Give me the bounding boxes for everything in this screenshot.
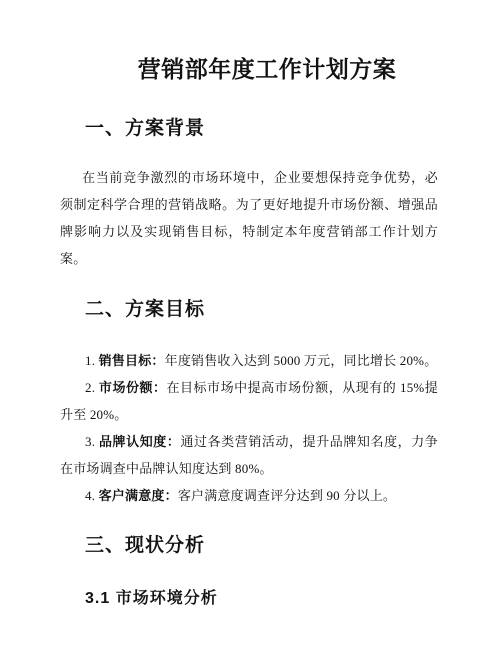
item-label: 销售目标：: [99, 353, 165, 368]
list-item: 2. 市场份额：在目标市场中提高市场份额，从现有的 15%提升至 20%。: [60, 374, 438, 428]
item-text: 年度销售收入达到 5000 万元，同比增长 20%。: [165, 353, 438, 368]
list-item: 1. 销售目标：年度销售收入达到 5000 万元，同比增长 20%。: [60, 347, 438, 374]
item-number: 1.: [85, 353, 99, 368]
page-title: 营销部年度工作计划方案: [60, 0, 438, 84]
subsection-heading-market-environment: 3.1 市场环境分析: [85, 588, 438, 610]
section-heading-background: 一、方案背景: [85, 116, 438, 141]
goal-list: 1. 销售目标：年度销售收入达到 5000 万元，同比增长 20%。 2. 市场…: [60, 347, 438, 509]
item-number: 3.: [85, 434, 99, 449]
item-number: 4.: [85, 488, 99, 503]
item-label: 品牌认知度：: [99, 434, 180, 449]
list-item: 3. 品牌认知度：通过各类营销活动，提升品牌知名度，力争在市场调查中品牌认知度达…: [60, 428, 438, 482]
section-heading-goals: 二、方案目标: [85, 297, 438, 322]
item-number: 2.: [85, 380, 99, 395]
background-paragraph: 在当前竞争激烈的市场环境中，企业要想保持竞争优势，必须制定科学合理的营销战略。为…: [60, 164, 438, 272]
list-item: 4. 客户满意度：客户满意度调查评分达到 90 分以上。: [60, 482, 438, 509]
item-text: 客户满意度调查评分达到 90 分以上。: [178, 488, 396, 503]
item-label: 客户满意度：: [99, 488, 178, 503]
section-heading-analysis: 三、现状分析: [85, 533, 438, 558]
document-page: 营销部年度工作计划方案 一、方案背景 在当前竞争激烈的市场环境中，企业要想保持竞…: [0, 0, 500, 647]
item-label: 市场份额：: [99, 380, 167, 395]
